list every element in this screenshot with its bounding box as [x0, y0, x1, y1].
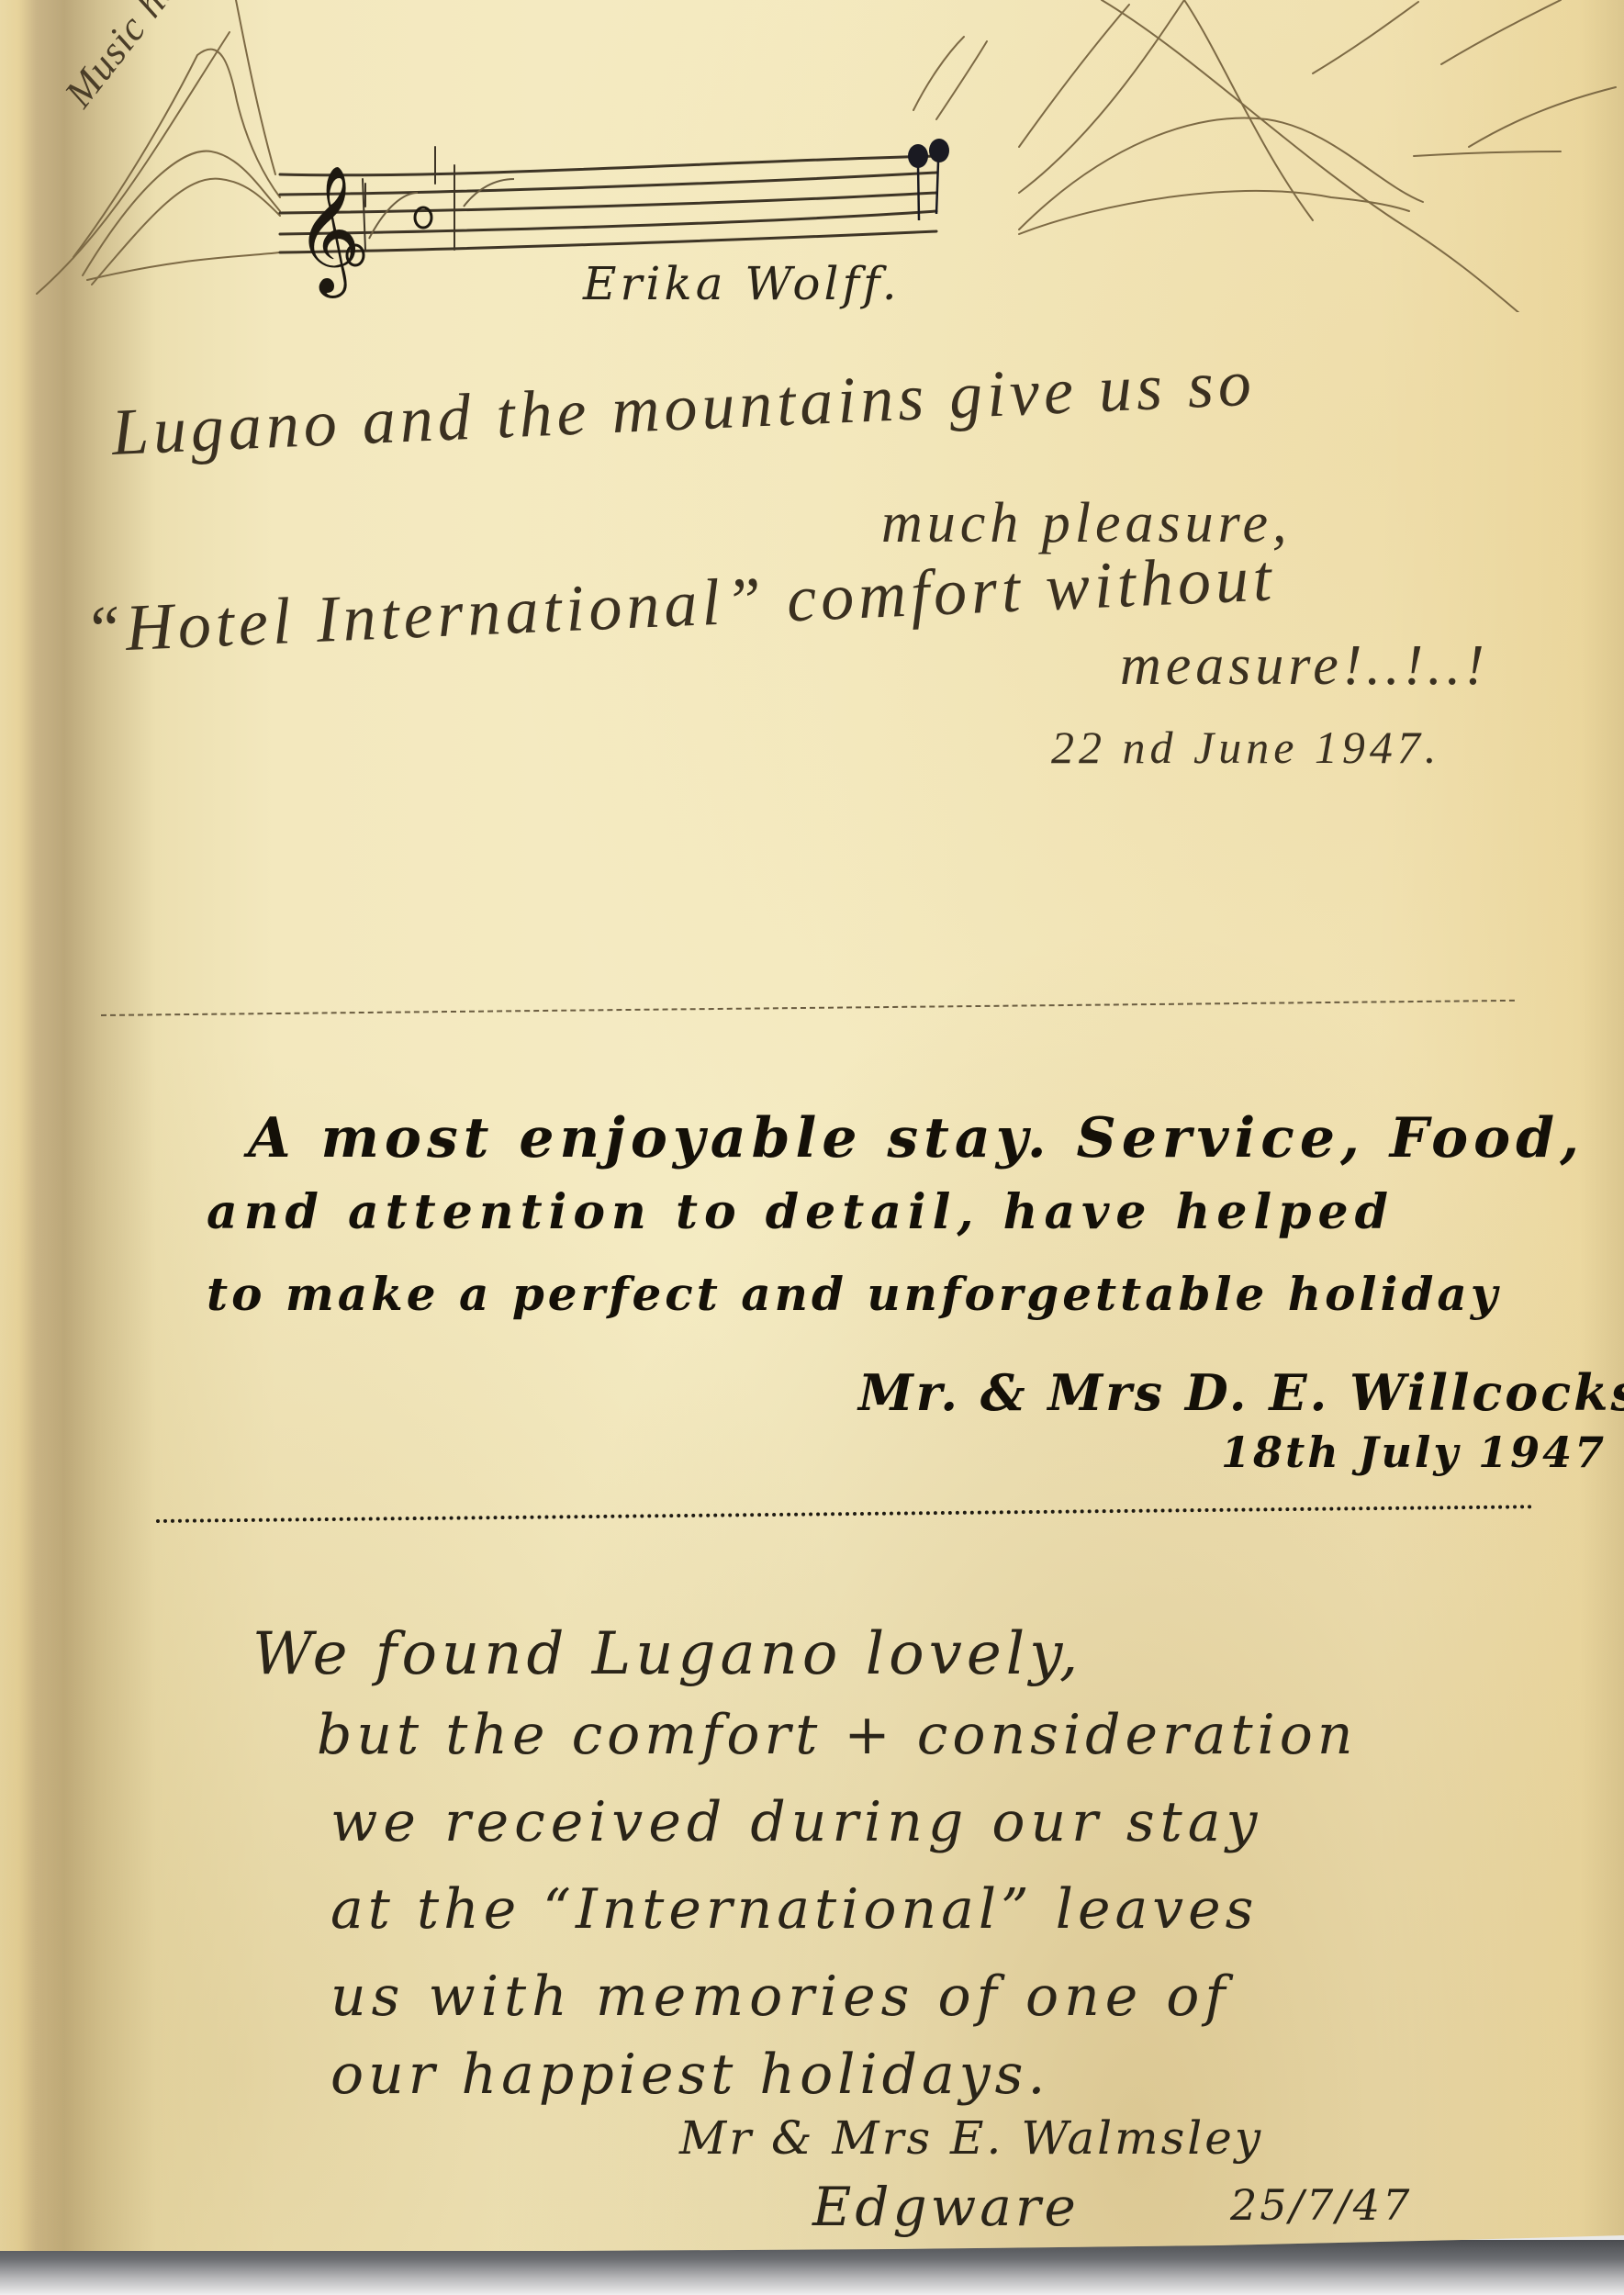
entry-2-line-2: and attention to detail, have helped	[207, 1184, 1394, 1240]
entry-1-line-1: Lugano and the mountains give us so	[110, 345, 1257, 471]
entry-3-line-3: we received during our stay	[330, 1790, 1262, 1854]
entry-3-place: Edgware	[812, 2176, 1080, 2238]
entry-1-line-3: “Hotel International” comfort without	[83, 540, 1277, 668]
entry-2-date: 18th July 1947	[1221, 1427, 1607, 1477]
entry-2-line-1: A most enjoyable stay. Service, Food,	[248, 1106, 1585, 1170]
entry-3-line-1: We found Lugano lovely,	[252, 1620, 1082, 1688]
entry-2-signature: Mr. & Mrs D. E. Willcocks	[858, 1363, 1624, 1422]
svg-text:𝄞: 𝄞	[296, 165, 361, 298]
entry-3-signature: Mr & Mrs E. Walmsley	[679, 2111, 1263, 2165]
entry-1-line-4: measure!..!..!	[1120, 633, 1489, 699]
sketch-signature: Erika Wolff.	[583, 257, 901, 310]
entry-divider	[101, 1000, 1515, 1016]
page-content: 𝄞 Music has Erika Wolff. Lugano and the …	[0, 0, 1624, 2295]
entry-3-date: 25/7/47	[1230, 2180, 1412, 2230]
entry-3-line-4: at the “International” leaves	[330, 1877, 1258, 1942]
entry-3-line-2: but the comfort + consideration	[317, 1703, 1358, 1767]
entry-divider	[156, 1505, 1533, 1523]
entry-1-date: 22 nd June 1947.	[1051, 721, 1440, 774]
entry-3-line-5: us with memories of one of	[330, 1965, 1231, 2029]
entry-3-line-6: our happiest holidays.	[330, 2043, 1050, 2107]
entry-2-line-3: to make a perfect and unforgettable holi…	[207, 1267, 1501, 1321]
